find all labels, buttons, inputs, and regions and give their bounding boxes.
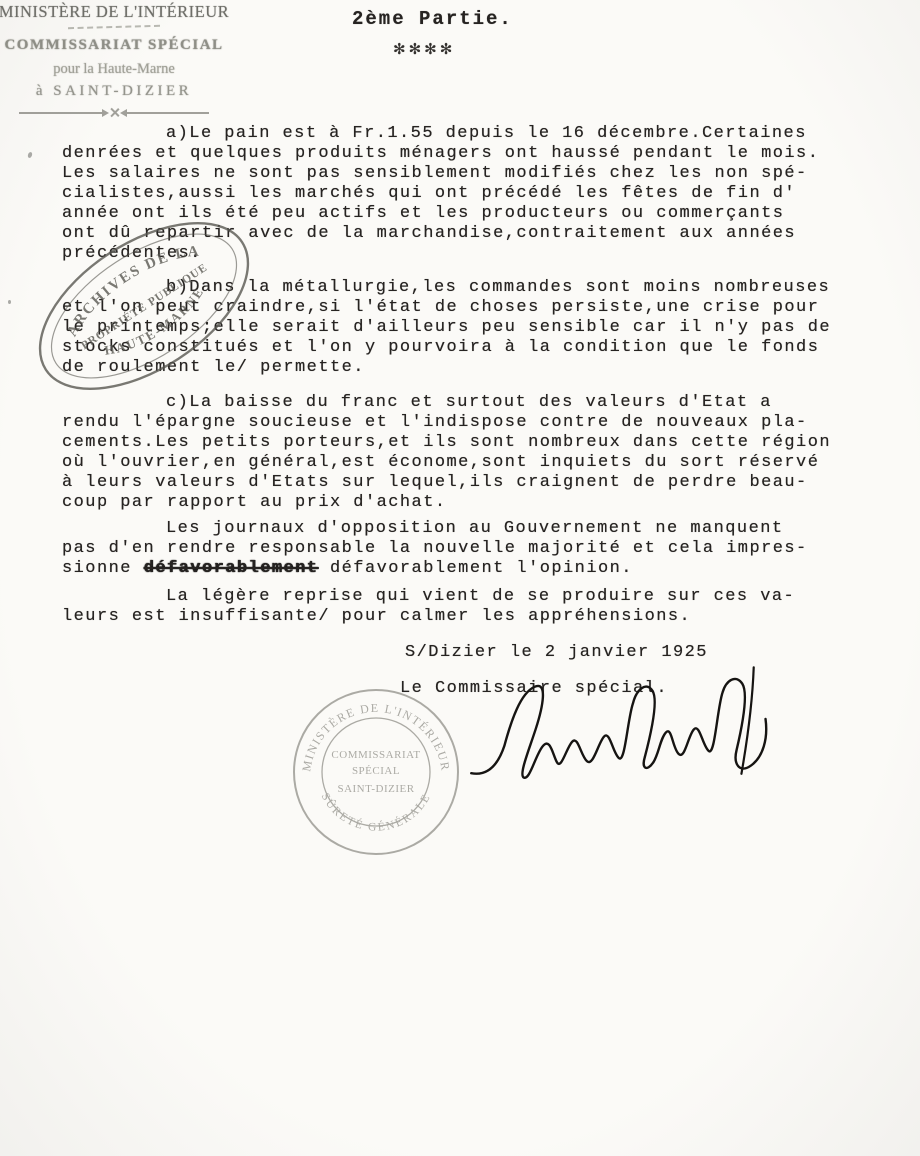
text-line: cements.Les petits porteurs,et ils sont … [62, 433, 882, 453]
svg-text:MINISTÈRE DE L'INTÉRIEUR: MINISTÈRE DE L'INTÉRIEUR [299, 701, 453, 773]
handwritten-signature [455, 654, 784, 815]
text-line: rendu l'épargne soucieuse et l'indispose… [62, 413, 882, 433]
letterhead: MINISTÈRE DE L'INTÉRIEUR COMMISSARIAT SP… [0, 2, 240, 117]
scan-speck [8, 300, 11, 304]
text-line: leurs est insuffisante/ pour calmer les … [62, 607, 882, 627]
struck-out-word: défavorablement [144, 559, 319, 578]
text-line: de roulement le/ permette. [62, 358, 882, 378]
text-line: denrées et quelques produits ménagers on… [62, 144, 882, 164]
letterhead-divider [19, 108, 209, 117]
divider-line-left [19, 112, 102, 114]
text-line: Les salaires ne sont pas sensiblement mo… [62, 164, 882, 184]
divider-x-icon [110, 108, 119, 117]
scan-speck [27, 151, 33, 158]
ornament-asterisks: ✻✻✻✻ [393, 40, 455, 58]
text-line-with-strikeout: sionne défavorablement défavorablement l… [62, 559, 882, 579]
svg-text:SÛRETÉ GÉNÉRALE: SÛRETÉ GÉNÉRALE [319, 791, 434, 834]
text-segment: défavorablement l'opinion. [318, 559, 633, 578]
text-segment: sionne [62, 559, 144, 578]
paragraph-c: c)La baisse du franc et surtout des vale… [62, 393, 882, 513]
text-line: Les journaux d'opposition au Gouvernemen… [62, 519, 882, 539]
round-stamp-graphic: MINISTÈRE DE L'INTÉRIEUR COMMISSARIAT SP… [290, 686, 462, 858]
round-stamp-inner-line1: COMMISSARIAT [331, 749, 420, 761]
divider-line-right [127, 112, 210, 114]
paragraph-d: Les journaux d'opposition au Gouvernemen… [62, 519, 882, 579]
paragraph-e: La légère reprise qui vient de se produi… [62, 587, 882, 627]
round-ministry-stamp: MINISTÈRE DE L'INTÉRIEUR COMMISSARIAT SP… [290, 686, 462, 858]
text-line: à leurs valeurs d'Etats sur lequel,ils c… [62, 473, 882, 493]
part-title: 2ème Partie. [352, 8, 513, 30]
text-line: c)La baisse du franc et surtout des vale… [62, 393, 882, 413]
round-stamp-inner-line3: SAINT-DIZIER [337, 783, 414, 795]
letterhead-underline [68, 25, 160, 29]
document-page: MINISTÈRE DE L'INTÉRIEUR COMMISSARIAT SP… [0, 0, 920, 1156]
text-line: a)Le pain est à Fr.1.55 depuis le 16 déc… [62, 124, 882, 144]
letterhead-commissariat: COMMISSARIAT SPÉCIAL [0, 37, 240, 54]
text-line: La légère reprise qui vient de se produi… [62, 587, 882, 607]
text-line: où l'ouvrier,en général,est économe,sont… [62, 453, 882, 473]
divider-arrow-left-icon [120, 109, 127, 117]
text-line: pas d'en rendre responsable la nouvelle … [62, 539, 882, 559]
letterhead-ministry: MINISTÈRE DE L'INTÉRIEUR [0, 2, 240, 22]
divider-arrow-right-icon [102, 109, 109, 117]
letterhead-region: pour la Haute-Marne [0, 61, 240, 78]
round-stamp-outer-top-text: MINISTÈRE DE L'INTÉRIEUR [299, 701, 453, 773]
round-stamp-outer-bottom-text: SÛRETÉ GÉNÉRALE [319, 791, 434, 834]
signature-graphic [455, 654, 784, 815]
round-stamp-inner-line2: SPÉCIAL [352, 765, 400, 777]
text-line: coup par rapport au prix d'achat. [62, 493, 882, 513]
letterhead-city: à SAINT-DIZIER [0, 83, 240, 100]
